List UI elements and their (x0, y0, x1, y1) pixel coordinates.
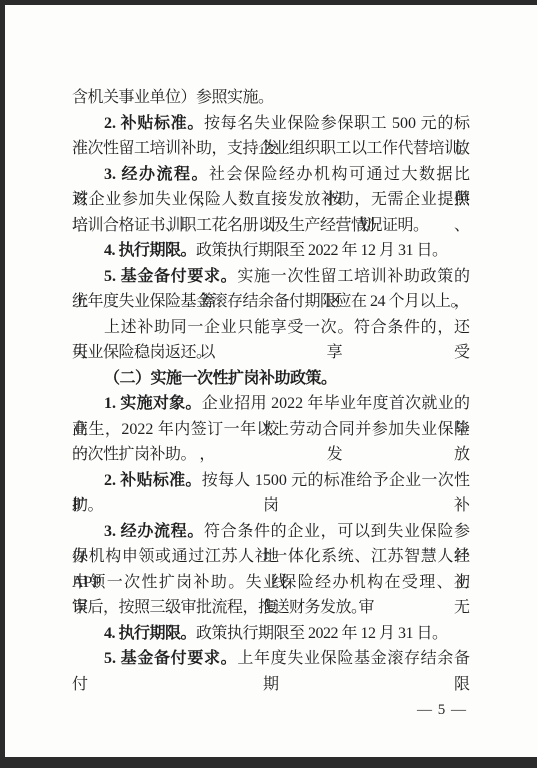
text-segment: 含机关事业单位）参照实施。 (72, 89, 274, 106)
document-line: 上年度失业保险基金滚存结余备付期限应在 24 个月以上。 (72, 289, 470, 315)
text-segment: 助。 (72, 497, 103, 514)
document-page: 含机关事业单位）参照实施。2. 补贴标准。按每名失业保险参保职工 500 元的标… (5, 5, 537, 757)
document-line: 3. 经办流程。社会保险经办机构可通过大数据比对，按照 (72, 162, 470, 188)
heading-segment: 2. 补贴标准。 (104, 472, 202, 489)
document-line: 4. 执行期限。政策执行期限至 2022 年 12 月 31 日。 (72, 621, 470, 647)
document-line: 4. 执行期限。政策执行期限至 2022 年 12 月 31 日。 (72, 238, 470, 264)
document-line: （二）实施一次性扩岗补助政策。 (72, 366, 470, 392)
heading-segment: 2. 补贴标准。 (104, 115, 204, 132)
document-line: 3. 经办流程。符合条件的企业，可以到失业保险参保地经 (72, 519, 470, 545)
document-line: 5. 基金备付要求。上年度失业保险基金滚存结余备付期限 (72, 646, 470, 672)
heading-segment: 4. 执行期限。 (104, 625, 196, 642)
document-line: 办机构申领或通过江苏人社一体化系统、江苏智慧人社 APP 线上 (72, 544, 470, 570)
text-segment: 误后，按照三级审批流程，推送财务发放。 (72, 599, 367, 616)
document-body: 含机关事业单位）参照实施。2. 补贴标准。按每名失业保险参保职工 500 元的标… (72, 85, 470, 672)
document-line: 2. 补贴标准。按每人 1500 元的标准给予企业一次性扩岗补 (72, 468, 470, 494)
document-line: 5. 基金备付要求。实施一次性留工培训补助政策的统筹区， (72, 264, 470, 290)
document-line: 该企业参加失业保险人数直接发放补助，无需企业提供培训计划、 (72, 187, 470, 213)
document-line: 培训合格证书、职工花名册以及生产经营情况证明。 (72, 213, 470, 239)
heading-segment: （二）实施一次性扩岗补助政策。 (104, 370, 337, 387)
heading-segment: 3. 经办流程。 (104, 166, 209, 183)
text-segment: 失业保险稳岗返还。 (72, 344, 212, 361)
text-segment: 培训合格证书、职工花名册以及生产经营情况证明。 (72, 217, 429, 234)
document-line: 含机关事业单位）参照实施。 (72, 85, 470, 111)
document-line: 2. 补贴标准。按每名失业保险参保职工 500 元的标准发放 (72, 111, 470, 137)
document-line: 1. 实施对象。企业招用 2022 年毕业年度首次就业的高校毕 (72, 391, 470, 417)
text-segment: 一次性扩岗补助。 (72, 446, 196, 463)
heading-segment: 3. 经办流程。 (104, 523, 204, 540)
scanned-document: 含机关事业单位）参照实施。2. 补贴标准。按每名失业保险参保职工 500 元的标… (0, 0, 537, 768)
heading-segment: 1. 实施对象。 (104, 395, 202, 412)
text-segment: 上年度失业保险基金滚存结余备付期限应在 24 个月以上。 (72, 293, 466, 310)
heading-segment: 4. 执行期限。 (104, 242, 196, 259)
document-line: 上述补助同一企业只能享受一次。符合条件的，还可以享受 (72, 315, 470, 341)
text-segment: 政策执行期限至 2022 年 12 月 31 日。 (196, 242, 448, 259)
document-line: 申领一次性扩岗补助。失业保险经办机构在受理、初审、复审无 (72, 570, 470, 596)
document-line: 一次性留工培训补助，支持企业组织职工以工作代替培训。 (72, 136, 470, 162)
document-line: 业生，2022 年内签订一年以上劳动合同并参加失业保险的，发放 (72, 417, 470, 443)
page-number: — 5 — (417, 702, 467, 719)
heading-segment: 5. 基金备付要求。 (104, 650, 237, 667)
text-segment: 一次性留工培训补助，支持企业组织职工以工作代替培训。 (72, 140, 475, 157)
text-segment: 政策执行期限至 2022 年 12 月 31 日。 (196, 625, 448, 642)
heading-segment: 5. 基金备付要求。 (104, 268, 237, 285)
